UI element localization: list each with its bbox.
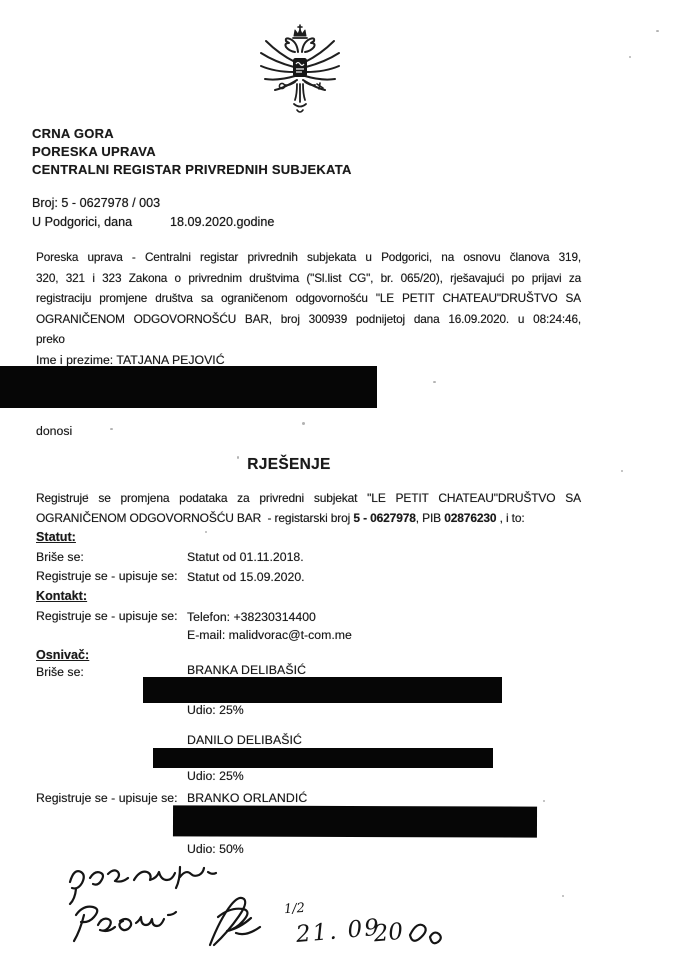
decision-line: OGRANIČENOM ODGOVORNOŠĆU BAR - registars…: [36, 509, 581, 529]
register-label: Registruje se - upisuje se:: [36, 791, 177, 805]
org-name-authority: PORESKA UPRAVA: [32, 144, 156, 159]
email-value: E-mail: malidvorac@t-com.me: [187, 628, 352, 642]
statut-old-value: Statut od 01.11.2018.: [187, 550, 304, 564]
scan-speckle: [621, 470, 623, 472]
handwritten-signature-note: 1/2 21. 09 20: [58, 855, 478, 955]
founder-name: DANILO DELIBAŠIĆ: [187, 733, 302, 747]
scan-speckle: [629, 56, 631, 58]
founder-share: Udio: 50%: [187, 842, 244, 856]
intro-line: Poreska uprava - Centralni registar priv…: [36, 247, 581, 268]
scan-speckle: [86, 494, 88, 496]
place-date-label: U Podgorici, dana: [32, 215, 132, 229]
delete-label: Briše se:: [36, 550, 84, 564]
founder-name: BRANKA DELIBAŠIĆ: [187, 663, 306, 677]
scan-speckle: [656, 30, 659, 32]
founder-share: Udio: 25%: [187, 769, 244, 783]
intro-line: OGRANIČENOM ODGOVORNOŠĆU BAR, broj 30093…: [36, 309, 581, 330]
scan-speckle: [562, 895, 564, 897]
handwritten-page-fraction: 1/2: [283, 901, 305, 917]
org-name-registry: CENTRALNI REGISTAR PRIVREDNIH SUBJEKATA: [32, 162, 352, 177]
reference-number: Broj: 5 - 0627978 / 003: [32, 196, 160, 210]
org-name-country: CRNA GORA: [32, 126, 114, 141]
redaction-bar: [153, 748, 493, 768]
register-label: Registruje se - upisuje se:: [36, 569, 177, 583]
redaction-bar: [0, 366, 377, 408]
section-heading-osnivac: Osnivač:: [36, 648, 89, 662]
handwritten-day-month: 21. 09: [294, 915, 382, 948]
statut-new-value: Statut od 15.09.2020.: [187, 570, 305, 584]
decision-line2-pre: OGRANIČENOM ODGOVORNOŠĆU BAR - registars…: [36, 511, 353, 525]
section-heading-kontakt: Kontakt:: [36, 589, 87, 603]
handwritten-year: 20: [372, 919, 404, 948]
phone-value: Telefon: +38230314400: [187, 610, 316, 624]
register-label: Registruje se - upisuje se:: [36, 609, 177, 623]
scan-speckle: [110, 428, 113, 430]
founder-share: Udio: 25%: [187, 703, 244, 717]
decision-line2-post: , i to:: [496, 511, 524, 525]
intro-line: registraciju promjene društva sa ogranič…: [36, 288, 581, 309]
scan-speckle: [302, 422, 305, 425]
registry-number: 5 - 0627978: [353, 511, 415, 525]
decision-title: RJEŠENJE: [37, 456, 541, 474]
intro-line: 320, 321 i 323 Zakona o privrednim društ…: [36, 268, 581, 289]
montenegro-coat-of-arms-icon: [253, 22, 347, 120]
redaction-bar: [143, 677, 502, 703]
section-heading-statut: Statut:: [36, 530, 76, 544]
scan-speckle: [205, 531, 207, 533]
founder-name: BRANKO ORLANDIĆ: [187, 791, 307, 805]
decision-paragraph: Registruje se promjena podataka za privr…: [36, 489, 581, 528]
decision-line2-mid: , PIB: [416, 511, 444, 525]
issues-word: donosi: [36, 424, 72, 438]
document-page: CRNA GORA PORESKA UPRAVA CENTRALNI REGIS…: [0, 0, 679, 960]
document-date: 18.09.2020.godine: [170, 215, 274, 229]
intro-line: preko: [36, 329, 581, 350]
decision-line: Registruje se promjena podataka za privr…: [36, 489, 581, 509]
intro-paragraph: Poreska uprava - Centralni registar priv…: [36, 247, 581, 350]
delete-label: Briše se:: [36, 665, 84, 679]
pib-number: 02876230: [444, 511, 496, 525]
scan-speckle: [237, 456, 239, 459]
redaction-bar: [173, 805, 537, 837]
scan-speckle: [543, 800, 545, 802]
scan-speckle: [433, 381, 436, 383]
